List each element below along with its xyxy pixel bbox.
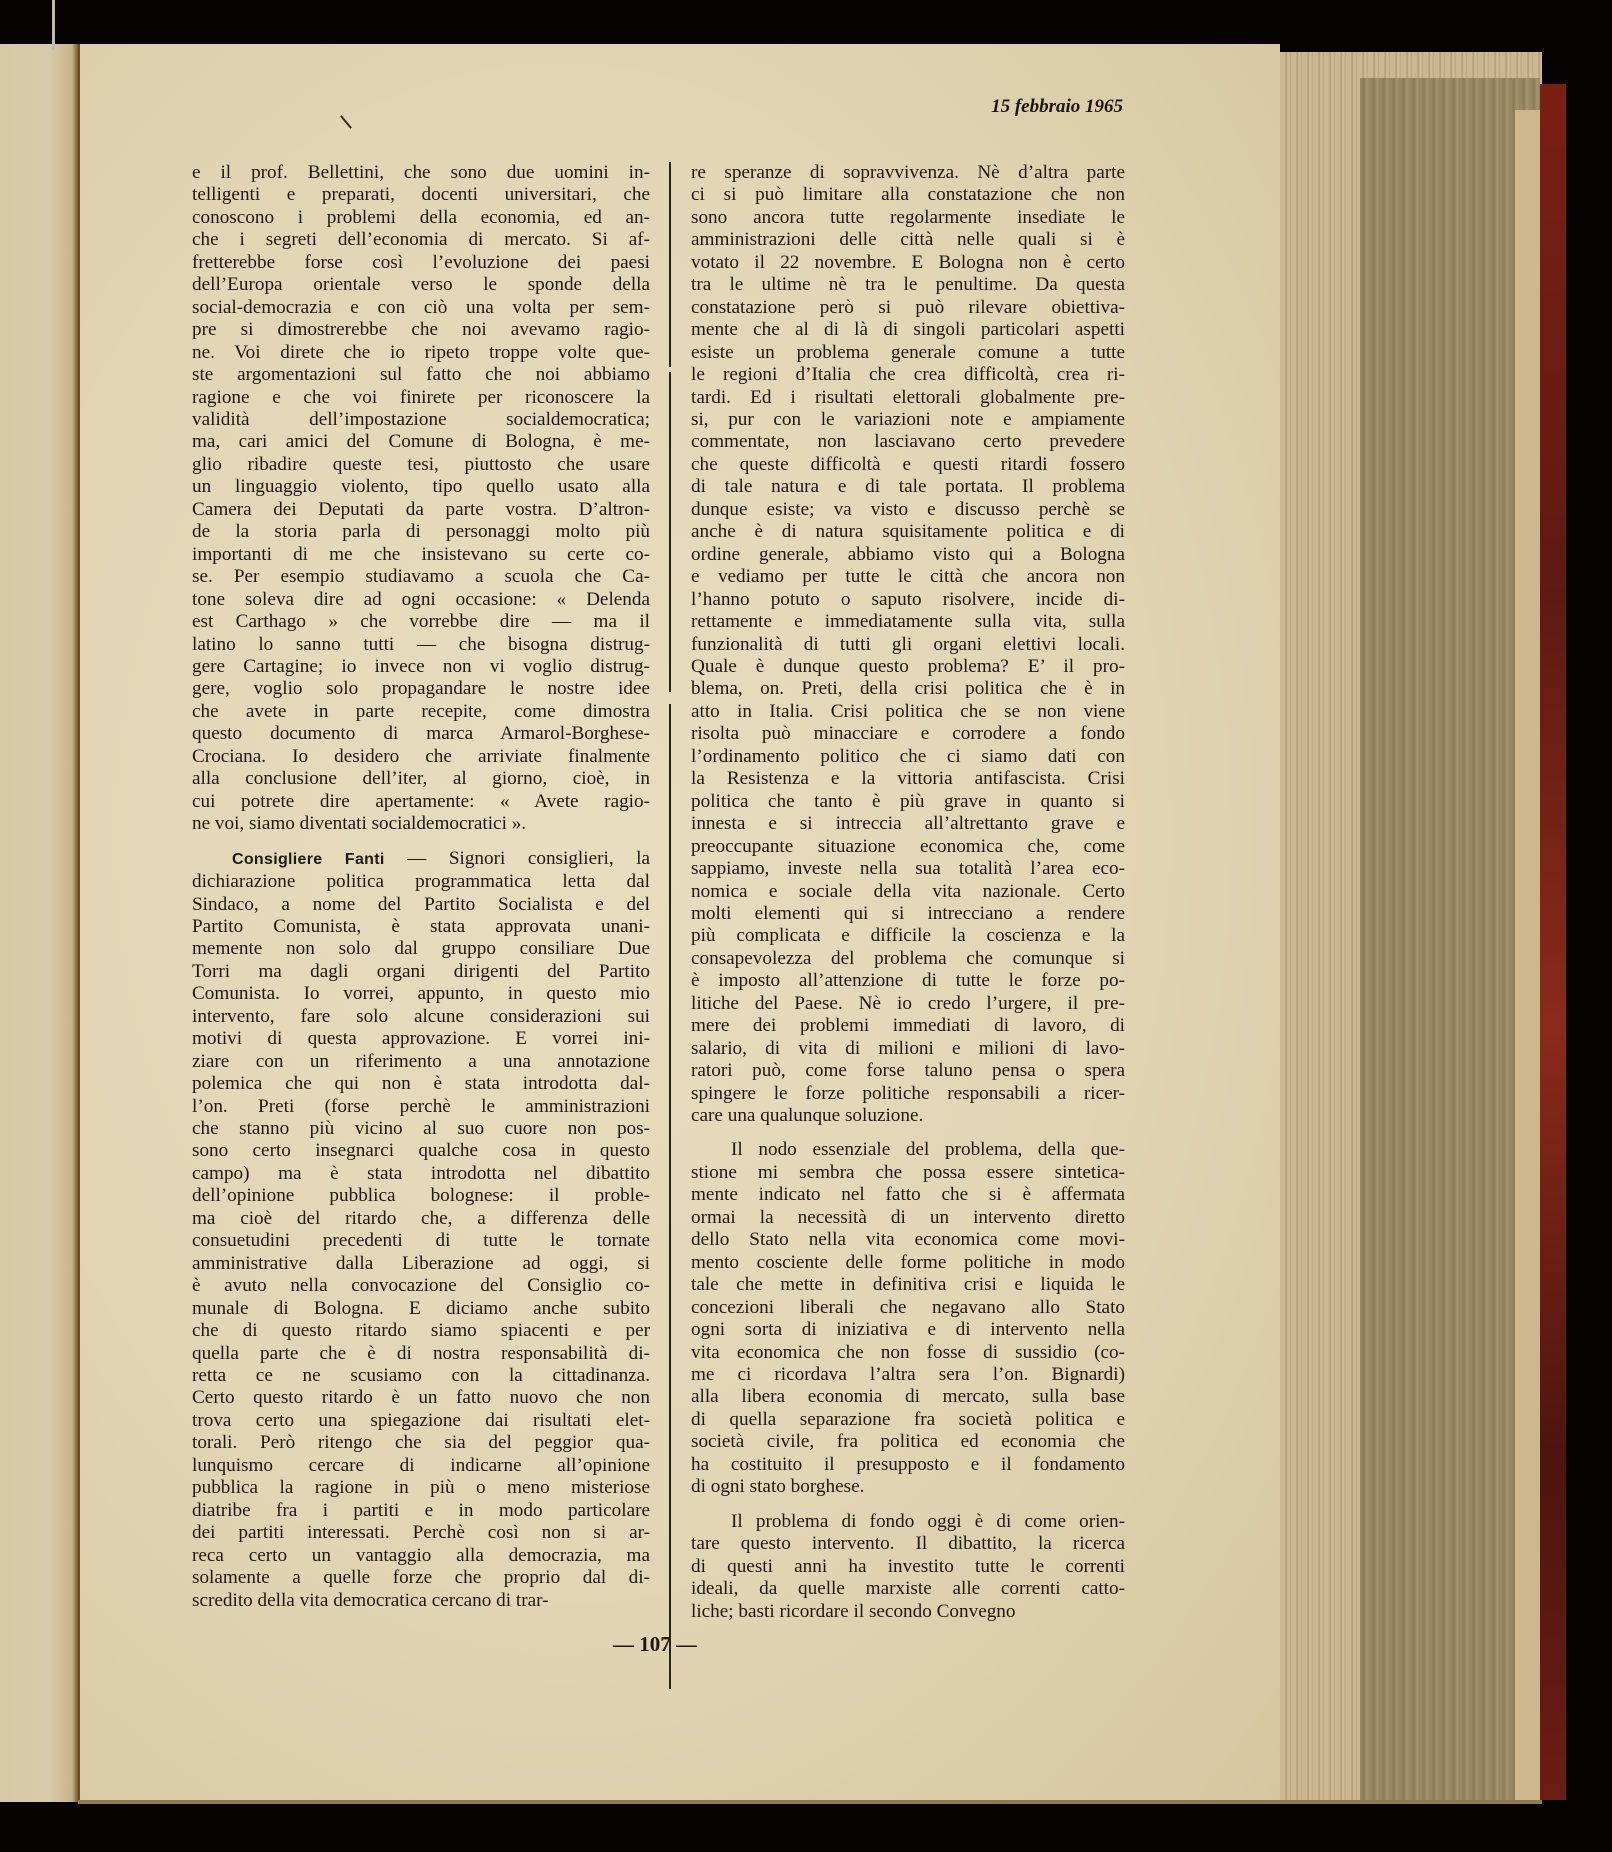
text-line: intervento, fare solo alcune considerazi… <box>192 1006 650 1028</box>
text-line: dei partiti interessati. Perchè così non… <box>192 1522 650 1544</box>
text-line: constatazione però si può rilevare obiet… <box>691 297 1125 319</box>
text-line: fretterebbe forse così l’evoluzione dei … <box>192 252 650 274</box>
text-line: che di questo ritardo siamo spiacenti e … <box>192 1320 650 1342</box>
text-line: se. Per esempio studiavamo a scuola che … <box>192 566 650 588</box>
text-line: votato il 22 novembre. E Bologna non è c… <box>691 252 1125 274</box>
text-line: mento cosciente delle forme politiche in… <box>691 1252 1125 1274</box>
right-paragraph-3: Il problema di fondo oggi è di come orie… <box>691 1511 1125 1623</box>
text-line: glio ribadire queste tesi, piuttosto che… <box>192 454 650 476</box>
column-divider <box>669 372 671 692</box>
right-paragraph-1: re speranze di sopravvivenza. Nè d’altra… <box>691 162 1125 1127</box>
text-line: esiste un problema generale comune a tut… <box>691 342 1125 364</box>
text-line: le regioni d’Italia che crea difficoltà,… <box>691 364 1125 386</box>
text-line: stione mi sembra che possa essere sintet… <box>691 1162 1125 1184</box>
text-line: ha costituito il presupposto e il fondam… <box>691 1454 1125 1476</box>
text-line: consuetudini precedenti di tutte le torn… <box>192 1230 650 1252</box>
left-column: e il prof. Bellettini, che sono due uomi… <box>192 162 650 1612</box>
text-line: dell’Europa orientale verso le sponde de… <box>192 274 650 296</box>
text-line: più complicata e difficile la coscienza … <box>691 925 1125 947</box>
text-line: società civile, fra politica ed economia… <box>691 1431 1125 1453</box>
left-paragraph-2: dichiarazione politica programmatica let… <box>192 871 650 1612</box>
speaker-first-line: — Signori consiglieri, la <box>407 848 650 869</box>
text-line: sono certo insegnarci qualche cosa in qu… <box>192 1140 650 1162</box>
text-line: Il problema di fondo oggi è di come orie… <box>691 1511 1125 1533</box>
text-line: consapevolezza del problema che comunque… <box>691 948 1125 970</box>
text-line: dell’opinione pubblica bolognese: il pro… <box>192 1185 650 1207</box>
text-line: me ci ricordava l’altra sera l’on. Bigna… <box>691 1364 1125 1386</box>
text-line: l’hanno potuto o saputo risolvere, incid… <box>691 589 1125 611</box>
text-line: questo documento di marca Armarol-Borghe… <box>192 723 650 745</box>
text-line: latino lo sanno tutti — che bisogna dist… <box>192 634 650 656</box>
text-line: torali. Però ritengo che sia del peggior… <box>192 1432 650 1454</box>
text-line: blema, on. Preti, della crisi politica c… <box>691 678 1125 700</box>
text-line: Quale è dunque questo problema? E’ il pr… <box>691 656 1125 678</box>
text-line: Torri ma dagli organi dirigenti del Part… <box>192 961 650 983</box>
text-line: è avuto nella convocazione del Consiglio… <box>192 1275 650 1297</box>
text-line: polemica che qui non è stata introdotta … <box>192 1073 650 1095</box>
text-line: reca certo un vantaggio alla democrazia,… <box>192 1545 650 1567</box>
text-line: l’ordinamento politico che ci siamo dati… <box>691 746 1125 768</box>
left-paragraph-1: e il prof. Bellettini, che sono due uomi… <box>192 162 650 836</box>
text-line: importanti di me che insistevano su cert… <box>192 544 650 566</box>
text-line: de la storia parla di personaggi molto p… <box>192 521 650 543</box>
text-line: atto in Italia. Crisi politica che se no… <box>691 701 1125 723</box>
text-line: che avete in parte recepite, come dimost… <box>192 701 650 723</box>
text-line: commentate, non lasciavano certo prevede… <box>691 431 1125 453</box>
text-line: cui potrete dire apertamente: « Avete ra… <box>192 791 650 813</box>
text-line: Crociana. Io desidero che arriviate fina… <box>192 746 650 768</box>
text-line: tale che mette in definitiva crisi e liq… <box>691 1274 1125 1296</box>
text-line: ragione e che voi finirete per riconosce… <box>192 387 650 409</box>
text-line: ne voi, siamo diventati socialdemocratic… <box>192 813 650 835</box>
right-column: re speranze di sopravvivenza. Nè d’altra… <box>691 162 1125 1623</box>
text-line: retta ce ne scusiamo con la cittadinanza… <box>192 1365 650 1387</box>
text-line: Partito Comunista, è stata approvata una… <box>192 916 650 938</box>
text-line: salario, di vita di milioni e milioni di… <box>691 1038 1125 1060</box>
text-line: scredito della vita democratica cercano … <box>192 1590 650 1612</box>
text-line: social-democrazia e con ciò una volta pe… <box>192 297 650 319</box>
text-line: che stanno più vicino al suo cuore non p… <box>192 1118 650 1140</box>
text-line: ma cioè del ritardo che, a differenza de… <box>192 1208 650 1230</box>
text-line: validità dell’impostazione socialdemocra… <box>192 409 650 431</box>
text-line: e vediamo per tutte le città che ancora … <box>691 566 1125 588</box>
text-line: mente indicato nel fatto che si è afferm… <box>691 1184 1125 1206</box>
text-line: tardi. Ed i risultati elettorali globalm… <box>691 387 1125 409</box>
text-line: ratori può, come forse taluno pensa o sp… <box>691 1060 1125 1082</box>
text-line: nomica e sociale della vita nazionale. C… <box>691 881 1125 903</box>
text-line: la Resistenza e la vittoria antifascista… <box>691 768 1125 790</box>
text-line: ziare con un riferimento a una annotazio… <box>192 1051 650 1073</box>
text-line: alla libera economia di mercato, sulla b… <box>691 1386 1125 1408</box>
text-line: Il nodo essenziale del problema, della q… <box>691 1139 1125 1161</box>
text-line: un linguaggio violento, tipo quello usat… <box>192 476 650 498</box>
text-line: Camera dei Deputati da parte vostra. D’a… <box>192 499 650 521</box>
text-line: gere, voglio solo propagandare le nostre… <box>192 678 650 700</box>
text-line: vita economica che non fosse di sussidio… <box>691 1342 1125 1364</box>
text-line: conoscono i problemi della economia, ed … <box>192 207 650 229</box>
text-line: di questi anni ha investito tutte le cor… <box>691 1556 1125 1578</box>
text-line: trova certo una spiegazione dai risultat… <box>192 1410 650 1432</box>
text-line: ogni sorta di iniziativa e di intervento… <box>691 1319 1125 1341</box>
text-line: Comunista. Io vorrei, appunto, in questo… <box>192 983 650 1005</box>
text-line: Certo questo ritardo è un fatto nuovo ch… <box>192 1387 650 1409</box>
text-line: di ogni stato borghese. <box>691 1476 1125 1498</box>
text-line: pre si dimostrerebbe che noi avevamo rag… <box>192 319 650 341</box>
text-line: innesta e si intreccia all’altrettanto g… <box>691 813 1125 835</box>
marbled-book-cover <box>1540 84 1566 1800</box>
text-line: sappiamo, investe nella sua totalità l’a… <box>691 858 1125 880</box>
text-line: funzionalità di tutti gli organi elettiv… <box>691 634 1125 656</box>
text-line: campo) ma è stata introdotta nel dibatti… <box>192 1163 650 1185</box>
text-line: spingere le forze politiche responsabili… <box>691 1083 1125 1105</box>
text-line: tra le ultime nè tra le penultime. Da qu… <box>691 274 1125 296</box>
text-line: concezioni liberali che negavano allo St… <box>691 1297 1125 1319</box>
text-line: care una qualunque soluzione. <box>691 1105 1125 1127</box>
text-line: molti elementi qui si intrecciano a rend… <box>691 903 1125 925</box>
speaker-name: Consigliere Fanti <box>232 851 385 868</box>
text-line: sono ancora tutte regolarmente insediate… <box>691 207 1125 229</box>
facing-page-edge <box>0 44 78 1802</box>
text-line: Sindaco, a nome del Partito Socialista e… <box>192 894 650 916</box>
text-line: lunquismo cercare di indicarne all’opini… <box>192 1455 650 1477</box>
text-line: telligenti e preparati, docenti universi… <box>192 184 650 206</box>
text-line: ordine generale, abbiamo visto qui a Bol… <box>691 544 1125 566</box>
text-line: amministrative dalla Liberazione ad oggi… <box>192 1253 650 1275</box>
text-line: che queste difficoltà e questi ritardi f… <box>691 454 1125 476</box>
speaker-line: Consigliere Fanti — Signori consiglieri,… <box>192 848 650 871</box>
text-line: re speranze di sopravvivenza. Nè d’altra… <box>691 162 1125 184</box>
text-line: diatribe fra i partiti e in modo partico… <box>192 1500 650 1522</box>
text-line: ma, cari amici del Comune di Bologna, è … <box>192 431 650 453</box>
text-line: dunque esiste; va visto e discusso perch… <box>691 499 1125 521</box>
text-line: gere Cartagine; io invece non vi voglio … <box>192 656 650 678</box>
paragraph-gap <box>192 836 650 848</box>
text-line: amministrazioni delle città nelle quali … <box>691 229 1125 251</box>
text-line: di quella separazione fra società politi… <box>691 1409 1125 1431</box>
text-line: litiche del Paese. Nè io credo l’urgere,… <box>691 993 1125 1015</box>
text-line: ci si può limitare alla constatazione ch… <box>691 184 1125 206</box>
text-line: tare questo intervento. Il dibattito, la… <box>691 1533 1125 1555</box>
text-line: politica che tanto è più grave in quanto… <box>691 791 1125 813</box>
text-line: l’on. Preti (forse perchè le amministraz… <box>192 1096 650 1118</box>
text-line: dichiarazione politica programmatica let… <box>192 871 650 893</box>
text-line: ideali, da quelle marxiste alle correnti… <box>691 1578 1125 1600</box>
text-line: ne. Voi direte che io ripeto troppe volt… <box>192 342 650 364</box>
text-line: risolta può minacciare e corrodere a fon… <box>691 723 1125 745</box>
page-number: — 107 — <box>595 1632 715 1657</box>
text-line: motivi di questa approvazione. E vorrei … <box>192 1028 650 1050</box>
text-line: alla conclusione dell’iter, al giorno, c… <box>192 768 650 790</box>
paragraph-gap <box>691 1127 1125 1139</box>
text-line: tone soleva dire ad ogni occasione: « De… <box>192 589 650 611</box>
text-line: liche; basti ricordare il secondo Conveg… <box>691 1601 1125 1623</box>
paragraph-gap <box>691 1499 1125 1511</box>
text-line: memente non solo dal gruppo consiliare D… <box>192 938 650 960</box>
text-line: è imposto all’attenzione di tutte le for… <box>691 970 1125 992</box>
text-line: solamente a quelle forze che proprio dal… <box>192 1567 650 1589</box>
column-divider <box>669 704 671 1689</box>
page-edges-shadow <box>1360 78 1540 1800</box>
text-line: ste argomentazioni sul fatto che noi abb… <box>192 364 650 386</box>
text-line: mere dei problemi immediati di lavoro, d… <box>691 1015 1125 1037</box>
text-line: si, pur con le variazioni note e ampiame… <box>691 409 1125 431</box>
column-divider <box>669 162 671 367</box>
text-line: ormai la necessità di un intervento dire… <box>691 1207 1125 1229</box>
text-line: munale di Bologna. E diciamo anche subit… <box>192 1298 650 1320</box>
text-line: dello Stato nella vita economica come mo… <box>691 1229 1125 1251</box>
running-head-date: 15 febbraio 1965 <box>870 96 1123 118</box>
text-line: quella parte che è di nostra responsabil… <box>192 1343 650 1365</box>
text-line: di tale natura e di tale portata. Il pro… <box>691 476 1125 498</box>
text-line: preoccupante situazione economica che, c… <box>691 836 1125 858</box>
text-line: est Carthago » che vorrebbe dire — ma il <box>192 611 650 633</box>
text-line: mente che al di là di singoli particolar… <box>691 319 1125 341</box>
page-bottom-edge <box>78 1800 1542 1804</box>
text-line: anche è di natura squisitamente politica… <box>691 521 1125 543</box>
text-line: che i segreti dell’economia di mercato. … <box>192 229 650 251</box>
right-paragraph-2: Il nodo essenziale del problema, della q… <box>691 1139 1125 1498</box>
text-line: rettamente e immediatamente sulla vita, … <box>691 611 1125 633</box>
text-line: pubblica la ragione in più o meno mister… <box>192 1477 650 1499</box>
text-line: e il prof. Bellettini, che sono due uomi… <box>192 162 650 184</box>
bookmark-ribbon <box>52 0 55 50</box>
